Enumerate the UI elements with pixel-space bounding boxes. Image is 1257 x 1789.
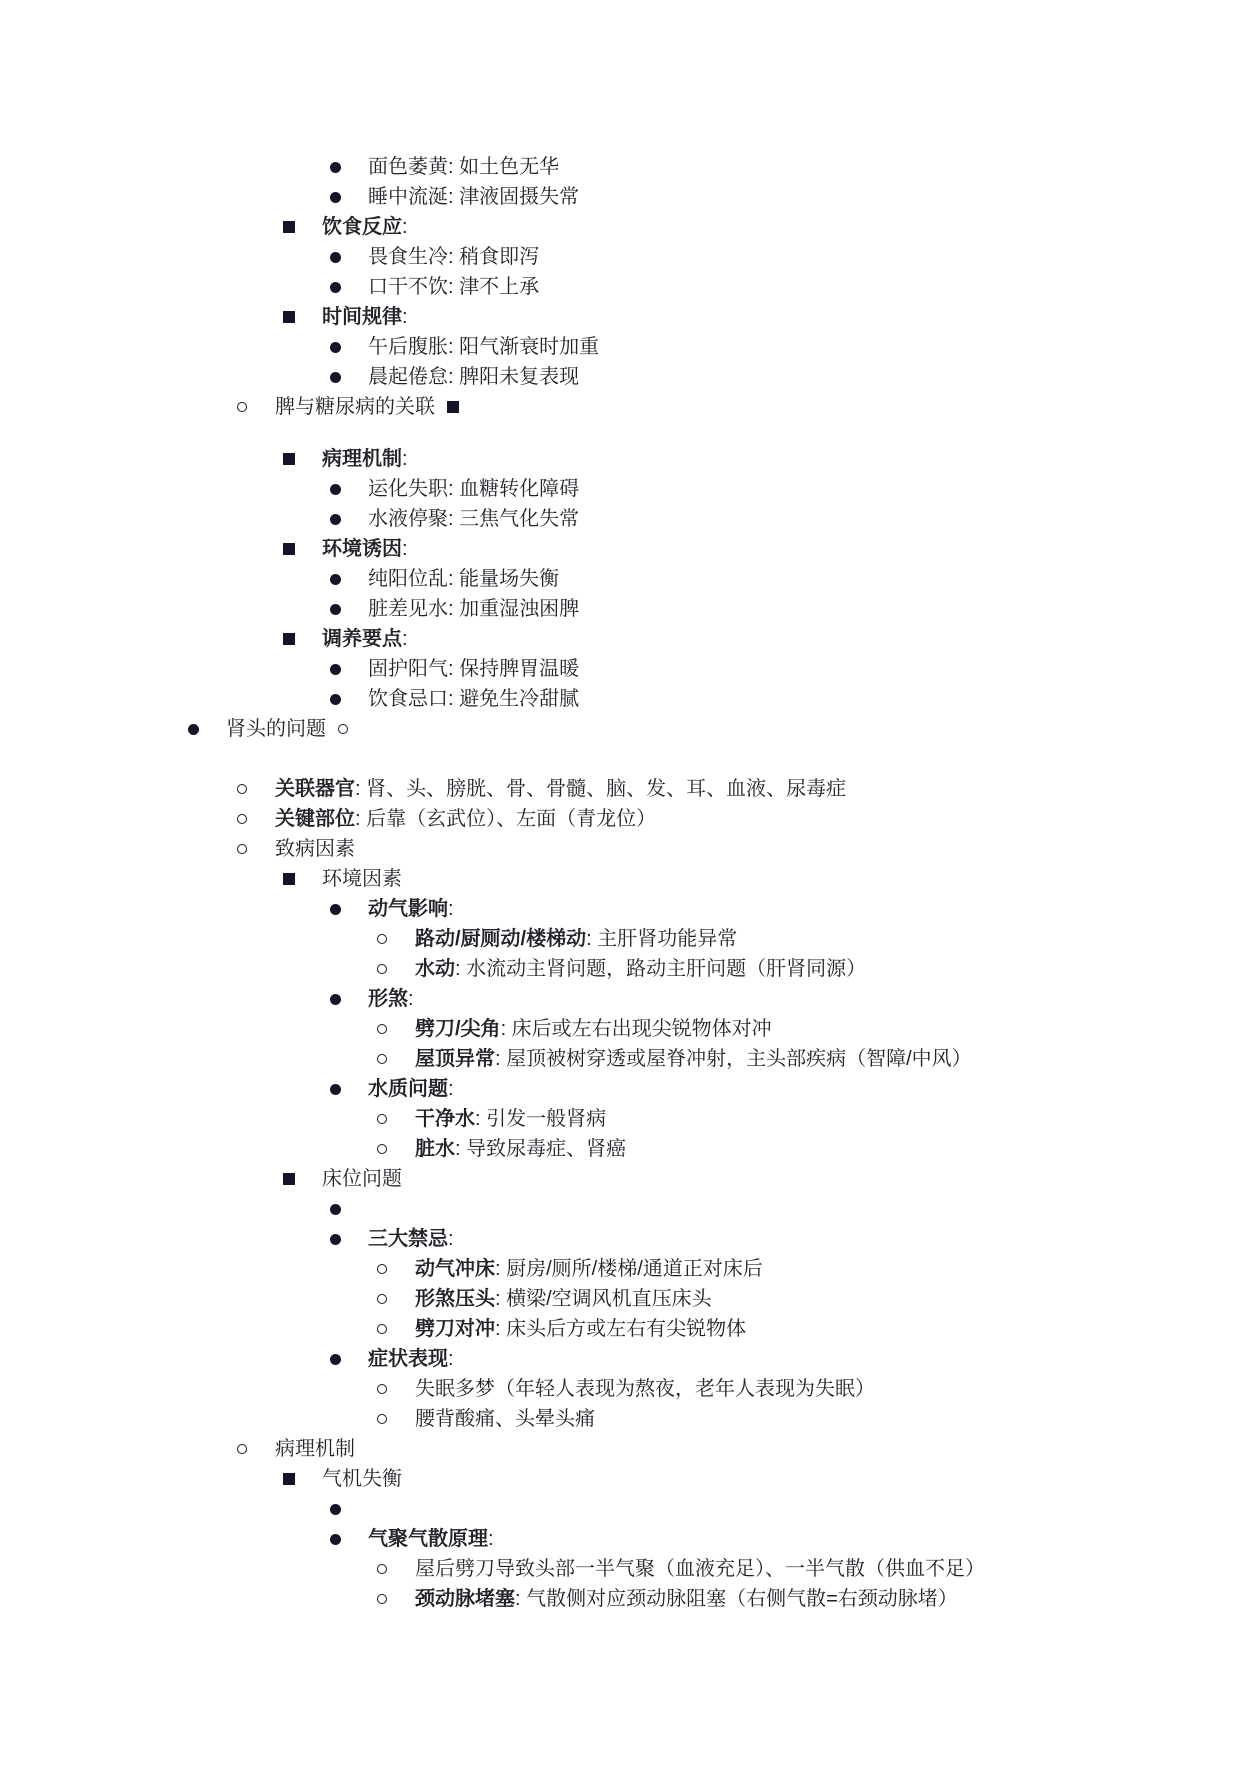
item-text: :	[402, 216, 408, 238]
item-label: 路动/厨厕动/楼梯动	[415, 928, 586, 950]
bullet-disc-icon	[328, 694, 342, 705]
list-item: 劈刀对冲: 床头后方或左右有尖锐物体	[0, 1314, 1257, 1344]
bullet-circle-icon	[375, 1264, 389, 1274]
item-label: 形煞压头	[415, 1288, 495, 1310]
list-item: 腰背酸痛、头晕头痛	[0, 1404, 1257, 1434]
item-text: 畏食生冷: 稍食即泻	[368, 246, 539, 268]
list-item: 脾与糖尿病的关联	[0, 392, 1257, 422]
item-label: 饮食反应	[322, 216, 402, 238]
item-label: 症状表现	[368, 1348, 448, 1370]
list-item: 劈刀/尖角: 床后或左右出现尖锐物体对冲	[0, 1014, 1257, 1044]
list-item: 关键部位: 后靠（玄武位）、左面（青龙位）	[0, 804, 1257, 834]
bullet-square-icon	[282, 311, 296, 323]
bullet-disc-icon	[328, 994, 342, 1005]
bullet-square-icon	[282, 633, 296, 645]
bullet-disc-icon	[328, 904, 342, 915]
list-item: 调养要点:	[0, 624, 1257, 654]
item-text: : 水流动主肾问题，路动主肝问题（肝肾同源）	[455, 958, 866, 980]
item-text: : 后靠（玄武位）、左面（青龙位）	[355, 808, 656, 830]
list-item: 失眠多梦（年轻人表现为熬夜，老年人表现为失眠）	[0, 1374, 1257, 1404]
item-label: 颈动脉堵塞	[415, 1588, 515, 1610]
list-item: 运化失职: 血糖转化障碍	[0, 474, 1257, 504]
list-item: 动气影响:	[0, 894, 1257, 924]
item-text: :	[488, 1528, 494, 1550]
item-text: 水液停聚: 三焦气化失常	[368, 508, 579, 530]
item-label: 关键部位	[275, 808, 355, 830]
item-text: :	[408, 988, 414, 1010]
item-text: 失眠多梦（年轻人表现为熬夜，老年人表现为失眠）	[415, 1378, 875, 1400]
bullet-disc-icon	[328, 1354, 342, 1365]
bullet-disc-icon	[186, 724, 200, 735]
item-text: :	[402, 448, 408, 470]
list-item: 三大禁忌:	[0, 1224, 1257, 1254]
bullet-disc-icon	[328, 252, 342, 263]
list-item: 环境因素	[0, 864, 1257, 894]
bullet-circle-icon	[375, 1024, 389, 1034]
bullet-square-icon	[282, 543, 296, 555]
bullet-disc-icon	[328, 1204, 342, 1215]
item-text: 睡中流涎: 津液固摄失常	[368, 186, 579, 208]
bullet-circle-icon	[375, 1294, 389, 1304]
item-label: 三大禁忌	[368, 1228, 448, 1250]
item-text: : 屋顶被树穿透或屋脊冲射，主头部疾病（智障/中风）	[495, 1048, 972, 1070]
bullet-disc-icon	[328, 664, 342, 675]
list-item: 气聚气散原理:	[0, 1524, 1257, 1554]
list-item: 午后腹胀: 阳气渐衰时加重	[0, 332, 1257, 362]
document-page: 面色萎黄: 如土色无华 睡中流涎: 津液固摄失常 饮食反应: 畏食生冷: 稍食即…	[0, 0, 1257, 1789]
list-item: 环境诱因:	[0, 534, 1257, 564]
item-text: : 肾、头、膀胱、骨、骨髓、脑、发、耳、血液、尿毒症	[355, 778, 846, 800]
bullet-circle-icon	[375, 1324, 389, 1334]
item-text: 纯阳位乱: 能量场失衡	[368, 568, 559, 590]
item-text: 肾头的问题	[226, 718, 326, 740]
bullet-circle-icon	[375, 1564, 389, 1574]
bullet-list: 面色萎黄: 如土色无华 睡中流涎: 津液固摄失常 饮食反应: 畏食生冷: 稍食即…	[0, 0, 1257, 1614]
list-item: 纯阳位乱: 能量场失衡	[0, 564, 1257, 594]
item-label: 病理机制	[322, 448, 402, 470]
item-label: 动气冲床	[415, 1258, 495, 1280]
list-item: 睡中流涎: 津液固摄失常	[0, 182, 1257, 212]
bullet-disc-icon	[328, 342, 342, 353]
list-item: 水动: 水流动主肾问题，路动主肝问题（肝肾同源）	[0, 954, 1257, 984]
bullet-disc-icon	[328, 1234, 342, 1245]
item-text: 面色萎黄: 如土色无华	[368, 156, 559, 178]
bullet-circle-icon	[235, 844, 249, 854]
bullet-circle-icon	[375, 964, 389, 974]
bullet-disc-icon	[328, 192, 342, 203]
item-label: 气聚气散原理	[368, 1528, 488, 1550]
item-text: :	[448, 1078, 454, 1100]
item-label: 时间规律	[322, 306, 402, 328]
item-text: 口干不饮: 津不上承	[368, 276, 539, 298]
bullet-disc-icon	[328, 282, 342, 293]
item-text: 屋后劈刀导致头部一半气聚（血液充足）、一半气散（供血不足）	[415, 1558, 985, 1580]
item-text: 饮食忌口: 避免生冷甜腻	[368, 688, 579, 710]
bullet-square-icon	[282, 873, 296, 885]
bullet-square-icon	[282, 221, 296, 233]
bullet-circle-icon	[375, 1114, 389, 1124]
list-item	[0, 1194, 1257, 1224]
item-label: 环境诱因	[322, 538, 402, 560]
list-item: 畏食生冷: 稍食即泻	[0, 242, 1257, 272]
item-label: 动气影响	[368, 898, 448, 920]
item-label: 劈刀/尖角	[415, 1018, 501, 1040]
item-text: 固护阳气: 保持脾胃温暖	[368, 658, 579, 680]
item-label: 水质问题	[368, 1078, 448, 1100]
item-text: 腰背酸痛、头晕头痛	[415, 1408, 595, 1430]
item-text: 运化失职: 血糖转化障碍	[368, 478, 579, 500]
bullet-circle-icon	[375, 1144, 389, 1154]
item-label: 干净水	[415, 1108, 475, 1130]
item-text: : 床后或左右出现尖锐物体对冲	[501, 1018, 772, 1040]
list-item: 屋顶异常: 屋顶被树穿透或屋脊冲射，主头部疾病（智障/中风）	[0, 1044, 1257, 1074]
item-label: 水动	[415, 958, 455, 980]
bullet-disc-icon	[328, 1534, 342, 1545]
bullet-circle-icon	[235, 784, 249, 794]
item-text: 床位问题	[322, 1168, 402, 1190]
item-text: : 导致尿毒症、肾癌	[455, 1138, 626, 1160]
bullet-circle-icon	[235, 1444, 249, 1454]
item-label: 形煞	[368, 988, 408, 1010]
list-item: 脏差见水: 加重湿浊困脾	[0, 594, 1257, 624]
bullet-circle-icon	[375, 1414, 389, 1424]
item-text: : 主肝肾功能异常	[586, 928, 737, 950]
item-label: 屋顶异常	[415, 1048, 495, 1070]
bullet-disc-icon	[328, 162, 342, 173]
trailing-square-icon	[447, 401, 459, 413]
item-text: :	[402, 306, 408, 328]
list-item: 晨起倦怠: 脾阳未复表现	[0, 362, 1257, 392]
item-text: 午后腹胀: 阳气渐衰时加重	[368, 336, 599, 358]
item-text: : 引发一般肾病	[475, 1108, 606, 1130]
list-item: 固护阳气: 保持脾胃温暖	[0, 654, 1257, 684]
list-item: 饮食反应:	[0, 212, 1257, 242]
bullet-disc-icon	[328, 1504, 342, 1515]
bullet-circle-icon	[375, 1384, 389, 1394]
item-text: 环境因素	[322, 868, 402, 890]
list-item: 水液停聚: 三焦气化失常	[0, 504, 1257, 534]
item-text: : 气散侧对应颈动脉阻塞（右侧气散=右颈动脉堵）	[515, 1588, 958, 1610]
list-item: 颈动脉堵塞: 气散侧对应颈动脉阻塞（右侧气散=右颈动脉堵）	[0, 1584, 1257, 1614]
item-text: : 横梁/空调风机直压床头	[495, 1288, 712, 1310]
list-item: 形煞压头: 横梁/空调风机直压床头	[0, 1284, 1257, 1314]
list-item: 病理机制	[0, 1434, 1257, 1464]
bullet-disc-icon	[328, 574, 342, 585]
list-item: 关联器官: 肾、头、膀胱、骨、骨髓、脑、发、耳、血液、尿毒症	[0, 774, 1257, 804]
item-text: 致病因素	[275, 838, 355, 860]
list-item: 病理机制:	[0, 444, 1257, 474]
bullet-square-icon	[282, 453, 296, 465]
item-text: :	[402, 538, 408, 560]
bullet-disc-icon	[328, 484, 342, 495]
trailing-circle-icon	[338, 724, 348, 734]
item-label: 脏水	[415, 1138, 455, 1160]
list-item: 干净水: 引发一般肾病	[0, 1104, 1257, 1134]
list-item: 水质问题:	[0, 1074, 1257, 1104]
item-label: 关联器官	[275, 778, 355, 800]
bullet-disc-icon	[328, 1084, 342, 1095]
item-text: 脏差见水: 加重湿浊困脾	[368, 598, 579, 620]
list-item: 气机失衡	[0, 1464, 1257, 1494]
bullet-disc-icon	[328, 604, 342, 615]
list-item: 路动/厨厕动/楼梯动: 主肝肾功能异常	[0, 924, 1257, 954]
bullet-circle-icon	[235, 402, 249, 412]
item-text: : 床头后方或左右有尖锐物体	[495, 1318, 746, 1340]
item-text: :	[402, 628, 408, 650]
item-text: 脾与糖尿病的关联	[275, 396, 435, 418]
list-item: 症状表现:	[0, 1344, 1257, 1374]
bullet-disc-icon	[328, 514, 342, 525]
bullet-circle-icon	[375, 1594, 389, 1604]
item-text: 晨起倦怠: 脾阳未复表现	[368, 366, 579, 388]
bullet-disc-icon	[328, 372, 342, 383]
item-label: 劈刀对冲	[415, 1318, 495, 1340]
list-item: 肾头的问题	[0, 714, 1257, 744]
list-item: 时间规律:	[0, 302, 1257, 332]
list-item: 屋后劈刀导致头部一半气聚（血液充足）、一半气散（供血不足）	[0, 1554, 1257, 1584]
item-label: 调养要点	[322, 628, 402, 650]
item-text: 气机失衡	[322, 1468, 402, 1490]
bullet-square-icon	[282, 1473, 296, 1485]
list-item: 形煞:	[0, 984, 1257, 1014]
item-text: 病理机制	[275, 1438, 355, 1460]
list-item: 面色萎黄: 如土色无华	[0, 152, 1257, 182]
list-item: 动气冲床: 厨房/厕所/楼梯/通道正对床后	[0, 1254, 1257, 1284]
list-item: 脏水: 导致尿毒症、肾癌	[0, 1134, 1257, 1164]
bullet-circle-icon	[375, 934, 389, 944]
bullet-square-icon	[282, 1173, 296, 1185]
list-item	[0, 1494, 1257, 1524]
bullet-circle-icon	[375, 1054, 389, 1064]
list-item: 床位问题	[0, 1164, 1257, 1194]
item-text: : 厨房/厕所/楼梯/通道正对床后	[495, 1258, 763, 1280]
item-text: :	[448, 898, 454, 920]
item-text: :	[448, 1228, 454, 1250]
list-item: 致病因素	[0, 834, 1257, 864]
list-item: 饮食忌口: 避免生冷甜腻	[0, 684, 1257, 714]
item-text: :	[448, 1348, 454, 1370]
list-item: 口干不饮: 津不上承	[0, 272, 1257, 302]
bullet-circle-icon	[235, 814, 249, 824]
